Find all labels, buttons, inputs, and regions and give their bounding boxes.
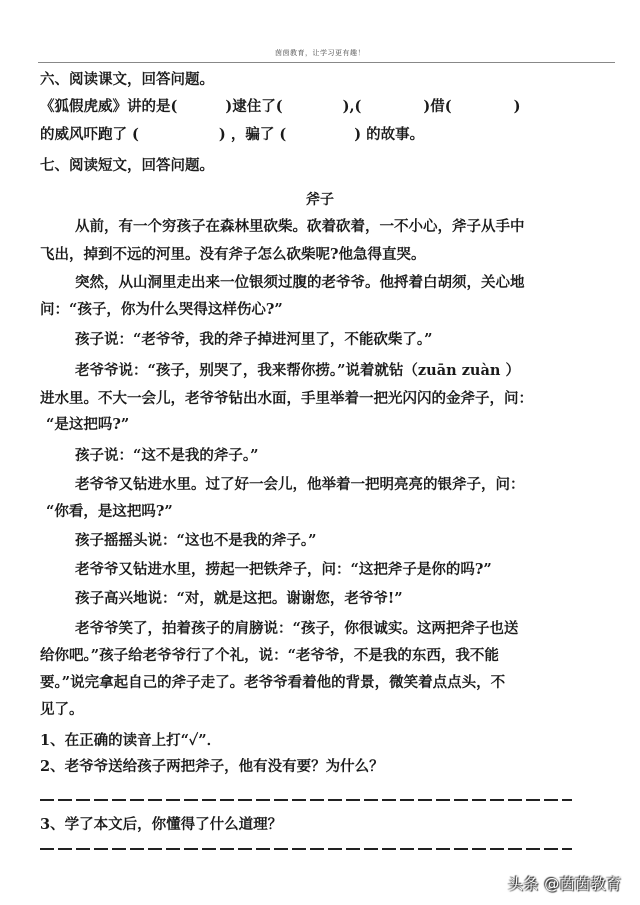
story-line: 老爷爷又钻进水里。过了好一会儿，他举着一把明亮亮的银斧子，问： xyxy=(75,475,525,495)
question-1: 1、在正确的读音上打“✓”． xyxy=(40,731,221,751)
text-segment: ) 的故事。 xyxy=(354,126,424,143)
story-line: 要。”说完拿起自己的斧子走了。老爷爷看着他的背景，微笑着点点头，不 xyxy=(40,673,505,693)
story-line: “你看，是这把吗?” xyxy=(46,502,173,522)
question-2: 2、老爷爷送给孩子两把斧子，他有没有要？为什么？ xyxy=(40,757,384,777)
story-title: 斧子 xyxy=(0,189,640,209)
story-line: 老爷爷说：“孩子，别哭了，我来帮你捞。”说着就钻（zuān zuàn ） xyxy=(75,361,520,381)
story-line: 进水里。不大一会儿，老爷爷钻出水面，手里举着一把光闪闪的金斧子，问： xyxy=(40,389,533,409)
story-line: 孩子摇摇头说：“这也不是我的斧子。” xyxy=(75,531,316,551)
story-line: 老爷爷又钻进水里，捞起一把铁斧子，问：“这把斧子是你的吗?” xyxy=(75,560,492,580)
answer-line-q3[interactable] xyxy=(40,848,572,850)
story-line: 从前，有一个穷孩子在森林里砍柴。砍着砍着，一不小心，斧子从手中 xyxy=(75,217,525,237)
section6-heading: 六、阅读课文，回答问题。 xyxy=(40,70,214,90)
text-segment: ),( xyxy=(343,98,362,115)
text-segment: 的威风吓跑了 ( xyxy=(40,126,139,143)
story-line: 问：“孩子，你为什么哭得这样伤心?” xyxy=(40,300,283,320)
text-segment: )借( xyxy=(423,98,451,115)
header-divider xyxy=(38,62,615,63)
section7-heading: 七、阅读短文，回答问题。 xyxy=(40,156,214,176)
story-line: 见了。 xyxy=(40,700,84,720)
section6-fill-line-2: 的威风吓跑了 () ，骗了 () 的故事。 xyxy=(40,125,424,145)
answer-line-q2[interactable] xyxy=(40,799,572,801)
section6-fill-line-1: 《狐假虎威》讲的是()逮住了(),()借() xyxy=(40,97,521,117)
question-3: 3、学了本文后，你懂得了什么道理？ xyxy=(40,815,282,835)
text-segment: ) xyxy=(514,98,521,115)
story-line: 孩子高兴地说：“对，就是这把。谢谢您，老爷爷!” xyxy=(75,589,403,609)
text-segment: 《狐假虎威》讲的是( xyxy=(40,98,177,115)
story-line: 给你吧。”孩子给老爷爷行了个礼，说：“老爷爷，不是我的东西，我不能 xyxy=(40,646,499,666)
story-line: 老爷爷笑了，拍着孩子的肩膀说：“孩子，你很诚实。这两把斧子也送 xyxy=(75,619,518,639)
story-line: 突然，从山洞里走出来一位银须过腹的老爷爷。他捋着白胡须，关心地 xyxy=(75,273,525,293)
watermark: 头条 @茵茵教育 xyxy=(508,873,622,894)
story-line: 孩子说：“这不是我的斧子。” xyxy=(75,446,258,466)
story-line: 飞出，掉到不远的河里。没有斧子怎么砍柴呢?他急得直哭。 xyxy=(40,245,426,265)
story-line: 孩子说：“老爷爷，我的斧子掉进河里了，不能砍柴了。” xyxy=(75,330,432,350)
text-segment: )逮住了( xyxy=(225,98,282,115)
text-segment: ) ，骗了 ( xyxy=(219,126,286,143)
story-line: “是这把吗?” xyxy=(46,415,129,435)
page-header-text: 茵茵教育，让学习更有趣！ xyxy=(0,48,640,58)
